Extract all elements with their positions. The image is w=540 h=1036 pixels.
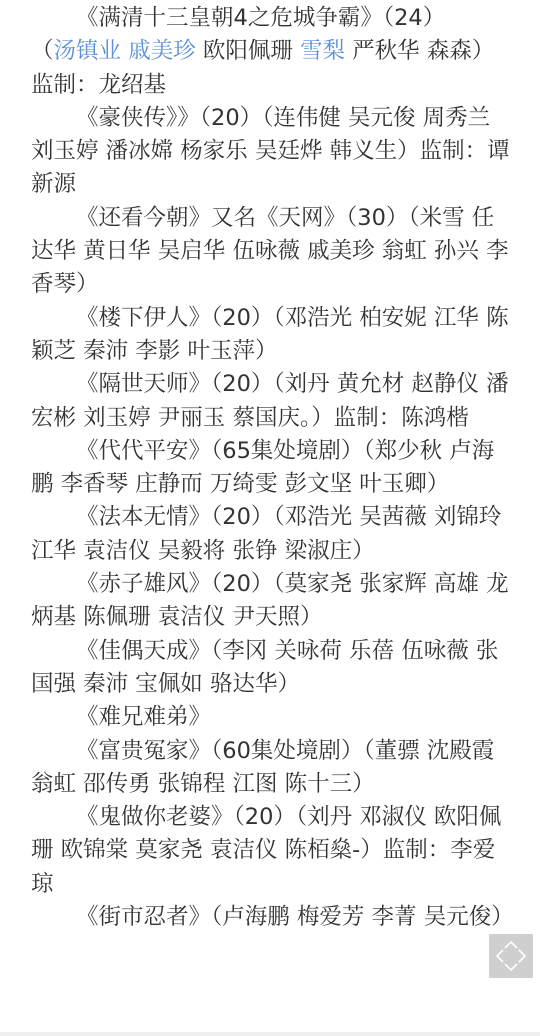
article-content: 《满清十三皇朝4之危城争霸》（24）（汤镇业 戚美珍 欧阳佩珊 雪梨 严秋华 森… [31,2,511,934]
drama-entry: 《佳偶天成》（李冈 关咏荷 乐蓓 伍咏薇 张国强 秦沛 宝佩如 骆达华） [31,635,511,702]
bottom-bar [0,1032,540,1036]
drama-entry: 《富贵冤家》（60集处境剧）（董骠 沈殿霞 翁虹 邵传勇 张锦程 江图 陈十三） [31,735,511,802]
entry-text: 《还看今朝》又名《天网》（30）（米雪 任达华 黄日华 吴启华 伍咏薇 戚美珍 … [31,205,509,298]
actor-link[interactable]: 戚美珍 [128,38,196,64]
actor-link[interactable]: 雪梨 [300,38,345,64]
drama-entry: 《豪侠传》》（20）（连伟健 吴元俊 周秀兰 刘玉婷 潘冰嫦 杨家乐 吴廷烨 韩… [31,102,511,202]
drama-entry: 《赤子雄风》（20）（莫家尧 张家辉 高雄 龙炳基 陈佩珊 袁洁仪 尹天照） [31,568,511,635]
entry-text: 《法本无情》（20）（邓浩光 吴茜薇 刘锦玲 江华 袁洁仪 吴毅将 张铮 梁淑庄… [31,504,501,563]
drama-entry: （汤镇业 戚美珍 欧阳佩珊 雪梨 严秋华 森森）监制：龙绍基 [31,35,511,102]
entry-text: 《佳偶天成》（李冈 关咏荷 乐蓓 伍咏薇 张国强 秦沛 宝佩如 骆达华） [31,638,498,697]
entry-text: 欧阳佩珊 [196,38,300,64]
entry-text: 《楼下伊人》（20）（邓浩光 柏安妮 江华 陈颖芝 秦沛 李影 叶玉萍） [31,305,509,364]
drama-entry: 《还看今朝》又名《天网》（30）（米雪 任达华 黄日华 吴启华 伍咏薇 戚美珍 … [31,202,511,302]
actor-link[interactable]: 汤镇业 [54,38,122,64]
drama-entry: 《街市忍者》（卢海鹏 梅爱芳 李菁 吴元俊） [31,901,511,934]
scroll-navigation-button[interactable] [489,934,533,978]
entry-text: 《满清十三皇朝4之危城争霸》（24） [76,5,445,31]
entry-text: 《代代平安》（65集处境剧）（郑少秋 卢海鹏 李香琴 庄静而 万绮雯 彭文坚 叶… [31,438,494,497]
drama-entry: 《法本无情》（20）（邓浩光 吴茜薇 刘锦玲 江华 袁洁仪 吴毅将 张铮 梁淑庄… [31,501,511,568]
entry-text: 《赤子雄风》（20）（莫家尧 张家辉 高雄 龙炳基 陈佩珊 袁洁仪 尹天照） [31,571,509,630]
entry-text: 《隔世天师》（20）（刘丹 黄允材 赵静仪 潘宏彬 刘玉婷 尹丽玉 蔡国庆。）监… [31,371,509,430]
entry-text: 《鬼做你老婆》（20）（刘丹 邓淑仪 欧阳佩珊 欧锦棠 莫家尧 袁洁仪 陈栢燊-… [31,804,501,897]
drama-entry: 《楼下伊人》（20）（邓浩光 柏安妮 江华 陈颖芝 秦沛 李影 叶玉萍） [31,302,511,369]
drama-entry: 《代代平安》（65集处境剧）（郑少秋 卢海鹏 李香琴 庄静而 万绮雯 彭文坚 叶… [31,435,511,502]
drama-entry: 《满清十三皇朝4之危城争霸》（24） [31,2,511,35]
entry-text: 《豪侠传》》（20）（连伟健 吴元俊 周秀兰 刘玉婷 潘冰嫦 杨家乐 吴廷烨 韩… [31,105,510,198]
drama-entry: 《难兄难弟》 [31,701,511,734]
entry-text: （ [31,38,54,64]
entry-text: 《街市忍者》（卢海鹏 梅爱芳 李菁 吴元俊） [76,904,514,930]
entry-text: 《富贵冤家》（60集处境剧）（董骠 沈殿霞 翁虹 邵传勇 张锦程 江图 陈十三） [31,738,494,797]
scroll-arrows-icon [493,938,529,974]
entry-text: 《难兄难弟》 [76,704,211,730]
drama-entry: 《鬼做你老婆》（20）（刘丹 邓淑仪 欧阳佩珊 欧锦棠 莫家尧 袁洁仪 陈栢燊-… [31,801,511,901]
drama-entry: 《隔世天师》（20）（刘丹 黄允材 赵静仪 潘宏彬 刘玉婷 尹丽玉 蔡国庆。）监… [31,368,511,435]
